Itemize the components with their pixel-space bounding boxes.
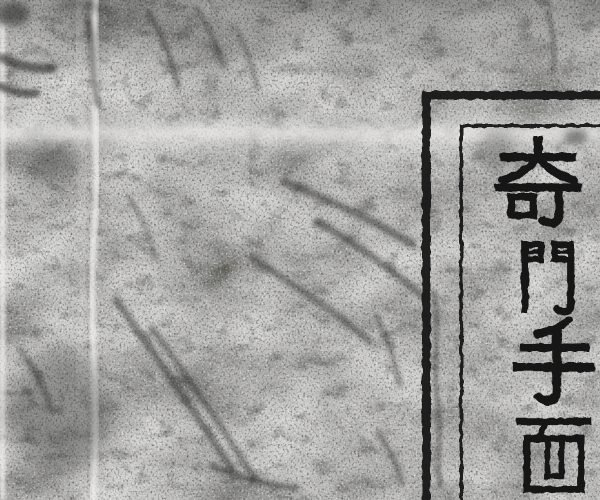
frame-outer-top-rule	[422, 91, 600, 100]
frame-outer-left-rule	[422, 91, 431, 500]
frame-inner-left-rule	[460, 124, 464, 500]
page-artwork	[0, 0, 600, 500]
scanned-page: 奇 門 手 面	[0, 0, 600, 500]
frame-inner-top-rule	[460, 124, 600, 128]
